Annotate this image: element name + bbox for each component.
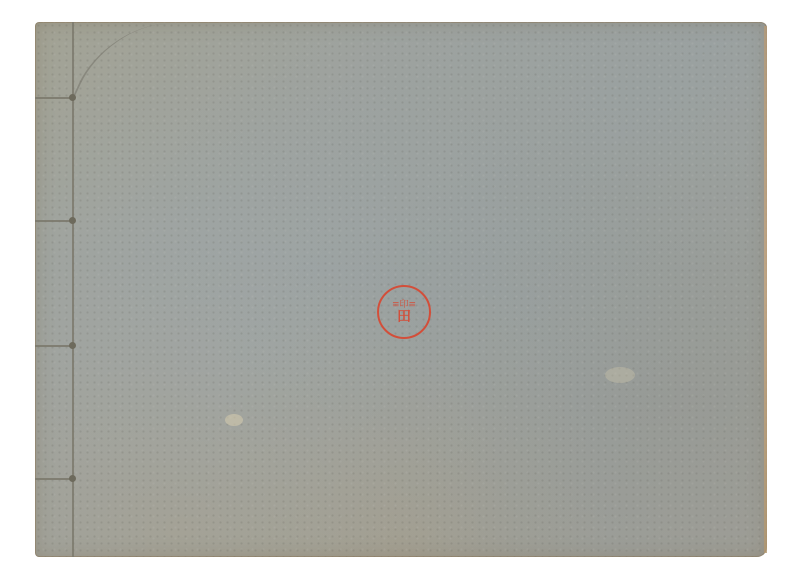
binding-knot [69, 94, 76, 101]
book-cover: ≡印≡ 田 [35, 22, 767, 557]
cover-right-edge [764, 26, 767, 553]
binding-knot [69, 217, 76, 224]
stamp-center-text: 田 [397, 310, 411, 324]
binding-knot [69, 342, 76, 349]
binding-knot [69, 475, 76, 482]
paper-stain [225, 414, 243, 426]
paper-stain [605, 367, 635, 383]
red-seal-stamp: ≡印≡ 田 [377, 285, 431, 339]
